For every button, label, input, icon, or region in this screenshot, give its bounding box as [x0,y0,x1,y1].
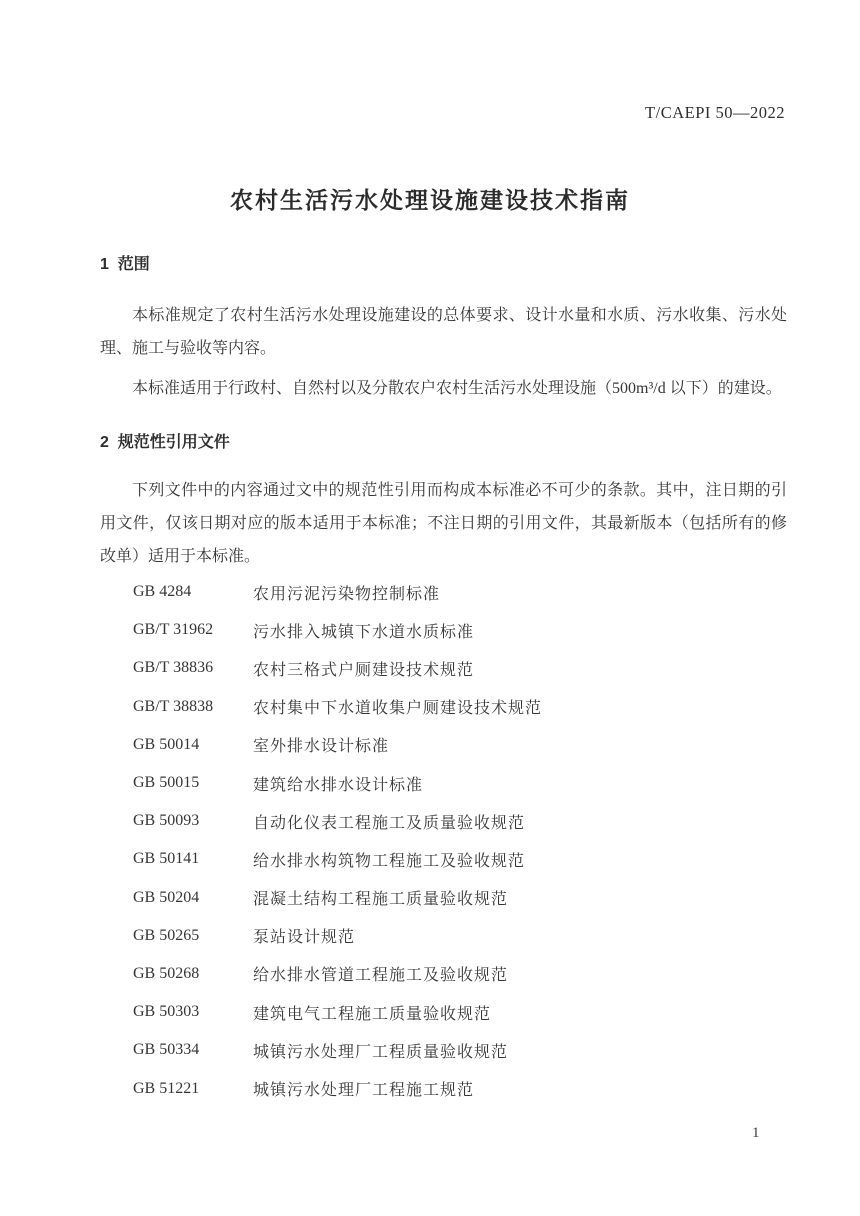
reference-row: GB 51221 城镇污水处理厂工程施工规范 [133,1069,733,1107]
reference-name: 城镇污水处理厂工程施工规范 [253,1077,474,1100]
section-1-heading: 1 范围 [100,251,150,274]
section-1-paragraph-1: 本标准规定了农村生活污水处理设施建设的总体要求、设计水量和水质、污水收集、污水处… [100,299,787,365]
reference-row: GB 50015 建筑给水排水设计标准 [133,764,733,802]
reference-list: GB 4284 农用污泥污染物控制标准 GB/T 31962 污水排入城镇下水道… [133,573,733,1108]
reference-name: 城镇污水处理厂工程质量验收规范 [253,1039,508,1062]
reference-name: 给水排水构筑物工程施工及验收规范 [253,848,525,871]
reference-name: 混凝土结构工程施工质量验收规范 [253,886,508,909]
document-page: T/CAEPI 50—2022 农村生活污水处理设施建设技术指南 1 范围 本标… [0,0,860,1216]
reference-code: GB 4284 [133,583,253,601]
section-2-paragraph-1: 下列文件中的内容通过文中的规范性引用而构成本标准必不可少的条款。其中，注日期的引… [100,474,787,573]
reference-name: 建筑给水排水设计标准 [253,772,423,795]
reference-code: GB 51221 [133,1080,253,1098]
reference-row: GB 50334 城镇污水处理厂工程质量验收规范 [133,1031,733,1069]
reference-code: GB 50014 [133,736,253,754]
reference-row: GB 50014 室外排水设计标准 [133,726,733,764]
reference-row: GB/T 38838 农村集中下水道收集户厕建设技术规范 [133,688,733,726]
section-1-paragraph-2: 本标准适用于行政村、自然村以及分散农户农村生活污水处理设施（500m³/d 以下… [100,372,787,405]
reference-code: GB 50015 [133,774,253,792]
reference-code: GB 50303 [133,1003,253,1021]
reference-name: 室外排水设计标准 [253,733,389,756]
reference-code: GB 50268 [133,965,253,983]
section-2-heading: 2 规范性引用文件 [100,429,230,452]
reference-row: GB 4284 农用污泥污染物控制标准 [133,573,733,611]
reference-row: GB 50141 给水排水构筑物工程施工及验收规范 [133,840,733,878]
page-number: 1 [752,1125,760,1142]
doc-code: T/CAEPI 50—2022 [645,103,785,123]
reference-code: GB/T 38836 [133,659,253,677]
reference-name: 农村三格式户厕建设技术规范 [253,657,474,680]
doc-title: 农村生活污水处理设施建设技术指南 [0,182,860,215]
reference-row: GB 50093 自动化仪表工程施工及质量验收规范 [133,802,733,840]
reference-name: 农用污泥污染物控制标准 [253,581,440,604]
reference-code: GB 50204 [133,889,253,907]
reference-name: 污水排入城镇下水道水质标准 [253,619,474,642]
reference-code: GB/T 31962 [133,621,253,639]
reference-row: GB 50204 混凝土结构工程施工质量验收规范 [133,879,733,917]
reference-row: GB 50303 建筑电气工程施工质量验收规范 [133,993,733,1031]
reference-name: 农村集中下水道收集户厕建设技术规范 [253,695,542,718]
reference-name: 自动化仪表工程施工及质量验收规范 [253,810,525,833]
reference-name: 给水排水管道工程施工及验收规范 [253,962,508,985]
reference-row: GB/T 31962 污水排入城镇下水道水质标准 [133,611,733,649]
reference-name: 泵站设计规范 [253,924,355,947]
reference-code: GB/T 38838 [133,698,253,716]
reference-row: GB 50268 给水排水管道工程施工及验收规范 [133,955,733,993]
reference-code: GB 50093 [133,812,253,830]
reference-row: GB/T 38836 农村三格式户厕建设技术规范 [133,649,733,687]
reference-name: 建筑电气工程施工质量验收规范 [253,1001,491,1024]
reference-code: GB 50334 [133,1041,253,1059]
reference-row: GB 50265 泵站设计规范 [133,917,733,955]
reference-code: GB 50141 [133,850,253,868]
reference-code: GB 50265 [133,927,253,945]
